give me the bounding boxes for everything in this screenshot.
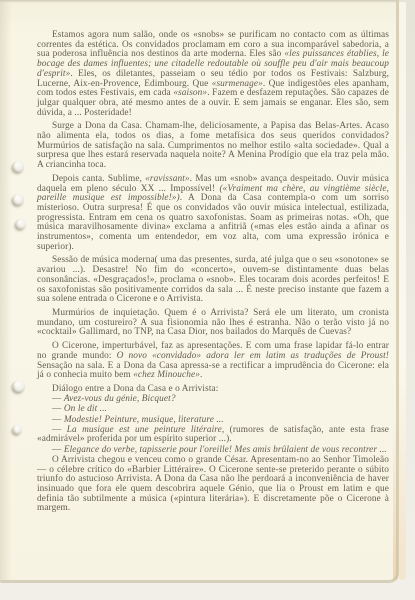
paragraph: Depois canta. Sublime, «ravissant». Mas …	[37, 175, 389, 253]
page-crease-shadow	[393, 420, 398, 580]
dialogue-line: — La musique est une peinture litéraire,…	[37, 426, 389, 445]
book-page: Estamos agora num salão, onde os «snobs»…	[0, 0, 399, 583]
text-block: Estamos agora num salão, onde os «snobs»…	[37, 31, 389, 518]
binding-hole	[16, 219, 26, 229]
paragraph: Sessão de música moderna( uma das presen…	[37, 256, 389, 305]
paragraph: O Arrivista chegou e venceu como o grand…	[37, 456, 389, 514]
paragraph: Murmúrios de inquietação. Quem é o Arriv…	[37, 309, 389, 338]
scanned-book-photo: Estamos agora num salão, onde os «snobs»…	[0, 0, 415, 600]
paragraph: O Cicerone, imperturbável, faz as aprese…	[37, 342, 389, 381]
binding-hole	[13, 425, 22, 434]
binding-hole	[13, 161, 24, 172]
page-edge-highlight	[399, 2, 406, 580]
binding-hole	[13, 194, 24, 205]
paragraph: Estamos agora num salão, onde os «snobs»…	[37, 31, 389, 118]
paragraph: Surge a Dona da Casa. Chamam-lhe, delici…	[37, 122, 389, 171]
binding-hole	[13, 380, 25, 392]
